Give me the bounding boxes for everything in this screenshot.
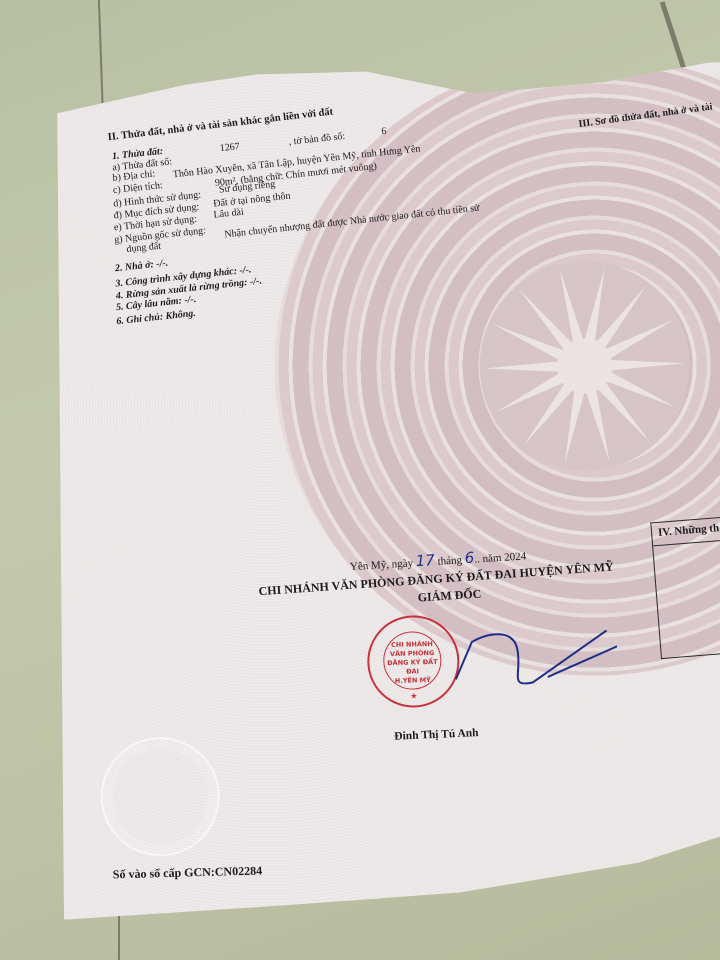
background-marble-vein [98, 0, 104, 120]
handwritten-month: 6 [464, 549, 475, 568]
embossed-seal [99, 736, 221, 858]
handwritten-day: 17 [415, 551, 435, 570]
drum-star-center [477, 258, 692, 473]
section-4-box: IV. Những th [650, 513, 720, 659]
map-sheet-label: , tờ bản đồ số: [288, 132, 345, 148]
item-house: 2. Nhà ở: -/-. [115, 259, 169, 275]
land-certificate-page: II. Thửa đất, nhà ở và tài sản khác gắn … [42, 61, 720, 920]
parcel-number: 1267 [219, 142, 240, 154]
signer-name: Đinh Thị Tú Anh [394, 728, 479, 743]
term-value: Lâu dài [213, 208, 244, 221]
handwritten-signature [416, 620, 618, 695]
registry-number: Số vào sổ cấp GCN:CN02284 [113, 865, 263, 881]
signer-title: GIÁM ĐỐC [417, 588, 481, 604]
map-sheet-number: 6 [381, 127, 387, 137]
section-4-heading: IV. Những th [658, 522, 720, 539]
stamp-star-icon: ★ [410, 691, 417, 700]
origin-value-cont: dụng đất [126, 242, 162, 256]
